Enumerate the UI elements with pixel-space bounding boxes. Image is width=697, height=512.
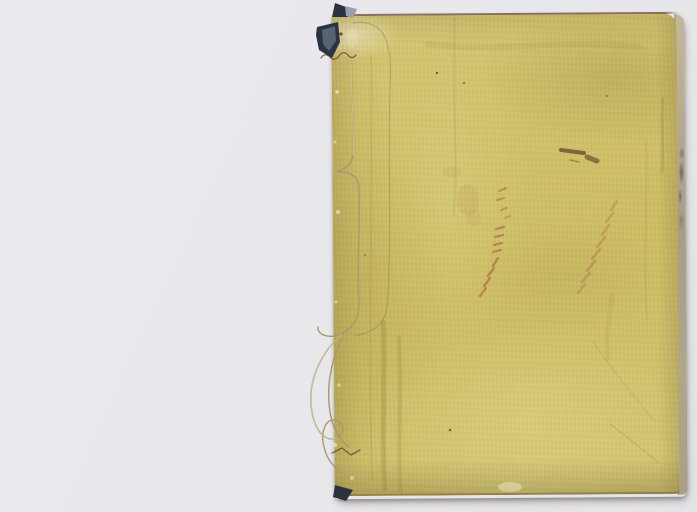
book-cover <box>331 14 679 496</box>
book <box>331 12 687 499</box>
photo-canvas <box>0 0 697 512</box>
